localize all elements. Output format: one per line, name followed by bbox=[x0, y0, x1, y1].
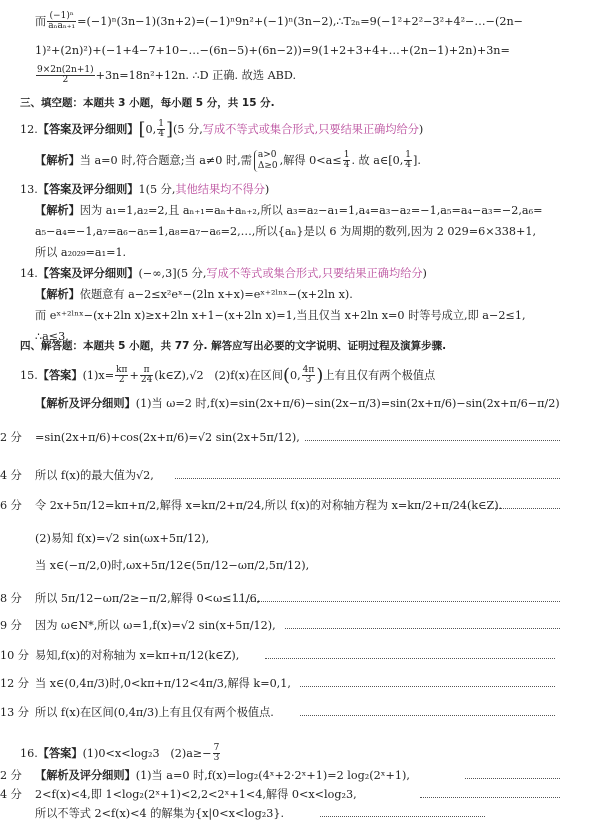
analysis-tag: 【解析】 bbox=[35, 204, 80, 217]
fraction: 73 bbox=[213, 744, 221, 764]
text: (1)x= bbox=[83, 369, 115, 382]
score-label: 4 分 bbox=[0, 789, 585, 800]
q15-step-1: 【解析及评分细则】(1)当 ω=2 时,f(x)=sin(2x+π/6)−sin… bbox=[35, 398, 560, 409]
text: ,解得 0<a≤ bbox=[280, 154, 342, 167]
q16-answer-line: 16.【答案】(1)0<x<log₂3 (2)a≥−73 bbox=[20, 744, 221, 764]
q13-answer-line: 13.【答案及评分细则】1(5 分,其他结果均不得分) bbox=[20, 184, 269, 195]
fraction: (−1)ⁿaₙaₙ₊₁ bbox=[47, 12, 76, 32]
text: ]. bbox=[413, 154, 421, 167]
fraction: 14 bbox=[404, 151, 412, 171]
score-label: 4 分 bbox=[0, 470, 585, 481]
answer-tag: 【答案】 bbox=[38, 369, 83, 382]
text: 当 a=0 时,符合题意;当 a≠0 时,需 bbox=[80, 154, 252, 167]
section-4-heading: 四、解答题：本题共 5 小题，共 77 分. 解答应写出必要的文字说明、证明过程… bbox=[20, 341, 446, 352]
answer-tag: 【答案及评分细则】 bbox=[38, 123, 139, 136]
question-number: 13. bbox=[20, 183, 38, 196]
frac-den: 4 bbox=[404, 161, 412, 170]
score-label: 8 分 bbox=[0, 593, 585, 604]
score-label: 2 分 bbox=[0, 432, 585, 443]
text: 因为 a₁=1,a₂=2,且 aₙ₊₁=aₙ+aₙ₊₂,所以 a₃=a₂−a₁=… bbox=[80, 204, 543, 217]
question-number: 16. bbox=[20, 747, 38, 760]
text: 依题意有 a−2≤x²eˣ−(2ln x+x)=eˣ⁺²ˡⁿˣ−(x+2ln x… bbox=[80, 288, 353, 301]
text: (1)0<x<log₂3 bbox=[83, 747, 160, 760]
score-label: 2 分 bbox=[0, 770, 585, 781]
q13-analysis-2: a₅−a₄=−1,a₇=a₆−a₅=1,a₈=a₇−a₆=2,…,所以{aₙ}是… bbox=[35, 226, 536, 237]
q11-line-2: 1)²+(2n)²)+(−1+4−7+10−…−(6n−5)+(6n−2))=9… bbox=[35, 45, 510, 56]
text: =(−1)ⁿ(3n−1)(3n+2)=(−1)ⁿ9n²+(−1)ⁿ(3n−2),… bbox=[77, 15, 523, 28]
analysis-tag: 【解析】 bbox=[35, 154, 80, 167]
q15-answer-line: 15.【答案】(1)x=kπ2+π24(k∈Z),√2 (2)f(x)在区间(0… bbox=[20, 366, 435, 386]
grading-note: 写成不等式或集合形式,只要结果正确均给分 bbox=[206, 267, 422, 280]
analysis-tag: 【解析】 bbox=[35, 288, 80, 301]
q13-analysis-3: 所以 a₂₀₂₉=a₁=1. bbox=[35, 247, 126, 258]
frac-den: 4 bbox=[157, 130, 165, 139]
question-number: 15. bbox=[20, 369, 38, 382]
text: . 故 a∈[0, bbox=[351, 154, 403, 167]
q16-step-3: 所以不等式 2<f(x)<4 的解集为{x|0<x<log₂3}. bbox=[35, 808, 284, 819]
frac-den: 2 bbox=[36, 76, 95, 85]
frac-den: aₙaₙ₊₁ bbox=[47, 22, 76, 31]
condition-brace: a>0Δ≥0 bbox=[254, 150, 278, 172]
q14-analysis-2: 而 eˣ⁺²ˡⁿˣ−(x+2ln x)≥x+2ln x+1−(x+2ln x)=… bbox=[35, 310, 526, 321]
brace-bottom: Δ≥0 bbox=[258, 161, 278, 172]
q11-line-3: 9×2n(2n+1)2+3n=18n²+12n. ∴D 正确. 故选 ABD. bbox=[35, 66, 296, 86]
answer: 1(5 分, bbox=[139, 183, 176, 196]
text: ) bbox=[419, 123, 423, 136]
fraction: 4π3 bbox=[302, 366, 316, 386]
answer: (−∞,3](5 分, bbox=[139, 267, 207, 280]
q14-analysis-1: 【解析】依题意有 a−2≤x²eˣ−(2ln x+x)=eˣ⁺²ˡⁿˣ−(x+2… bbox=[35, 289, 353, 300]
q13-analysis-1: 【解析】因为 a₁=1,a₂=2,且 aₙ₊₁=aₙ+aₙ₊₂,所以 a₃=a₂… bbox=[35, 205, 542, 216]
score-label: 6 分 bbox=[0, 500, 585, 511]
fraction: 9×2n(2n+1)2 bbox=[36, 66, 95, 86]
analysis-tag: 【解析及评分细则】 bbox=[35, 397, 136, 410]
text: (1)当 ω=2 时,f(x)=sin(2x+π/6)−sin(2x−π/3)=… bbox=[136, 397, 560, 410]
text: +3n=18n²+12n. ∴D 正确. 故选 ABD. bbox=[96, 69, 296, 82]
q12-analysis: 【解析】当 a=0 时,符合题意;当 a≠0 时,需a>0Δ≥0,解得 0<a≤… bbox=[35, 150, 421, 172]
fraction: kπ2 bbox=[115, 366, 128, 386]
score-label: 13 分 bbox=[0, 707, 585, 718]
text: ) bbox=[265, 183, 269, 196]
score-label: 9 分 bbox=[0, 620, 585, 631]
score-note: (5 分, bbox=[173, 123, 203, 136]
q14-answer-line: 14.【答案及评分细则】(−∞,3](5 分,写成不等式或集合形式,只要结果正确… bbox=[20, 268, 427, 279]
answer-tag: 【答案及评分细则】 bbox=[38, 267, 139, 280]
fraction: 14 bbox=[157, 120, 165, 140]
grading-note: 其他结果均不得分 bbox=[175, 183, 265, 196]
q11-line-1: 而(−1)ⁿaₙaₙ₊₁=(−1)ⁿ(3n−1)(3n+2)=(−1)ⁿ9n²+… bbox=[35, 12, 523, 32]
q12-answer-line: 12.【答案及评分细则】[0,14](5 分,写成不等式或集合形式,只要结果正确… bbox=[20, 120, 423, 140]
section-3-heading: 三、填空题：本题共 3 小题，每小题 5 分，共 15 分. bbox=[20, 98, 275, 109]
leader-dots bbox=[320, 816, 485, 817]
score-label: 12 分 bbox=[0, 678, 585, 689]
q15-step-5: (2)易知 f(x)=√2 sin(ωx+5π/12), bbox=[35, 533, 209, 544]
answer-tag: 【答案及评分细则】 bbox=[38, 183, 139, 196]
answer-tag: 【答案】 bbox=[38, 747, 83, 760]
brace-top: a>0 bbox=[258, 150, 278, 161]
question-number: 14. bbox=[20, 267, 38, 280]
frac-den: 4 bbox=[343, 161, 351, 170]
question-number: 12. bbox=[20, 123, 38, 136]
q15-step-6: 当 x∈(−π/2,0)时,ωx+5π/12∈(5π/12−ωπ/2,5π/12… bbox=[35, 560, 309, 571]
text: (2)f(x)在区间 bbox=[214, 369, 283, 382]
text: + bbox=[129, 369, 138, 382]
grading-note: 写成不等式或集合形式,只要结果正确均给分 bbox=[203, 123, 419, 136]
frac-den: 3 bbox=[213, 754, 221, 763]
text: ) bbox=[423, 267, 427, 280]
text: 而 bbox=[35, 15, 46, 28]
fraction: 14 bbox=[343, 151, 351, 171]
score-label: 10 分 bbox=[0, 650, 585, 661]
text: (k∈Z),√2 bbox=[154, 369, 203, 382]
bracket: [ bbox=[139, 119, 146, 140]
fraction: π24 bbox=[140, 366, 153, 386]
bracket: ] bbox=[166, 119, 173, 140]
text: 上有且仅有两个极值点 bbox=[323, 369, 435, 382]
text: (2)a≥− bbox=[170, 747, 211, 760]
